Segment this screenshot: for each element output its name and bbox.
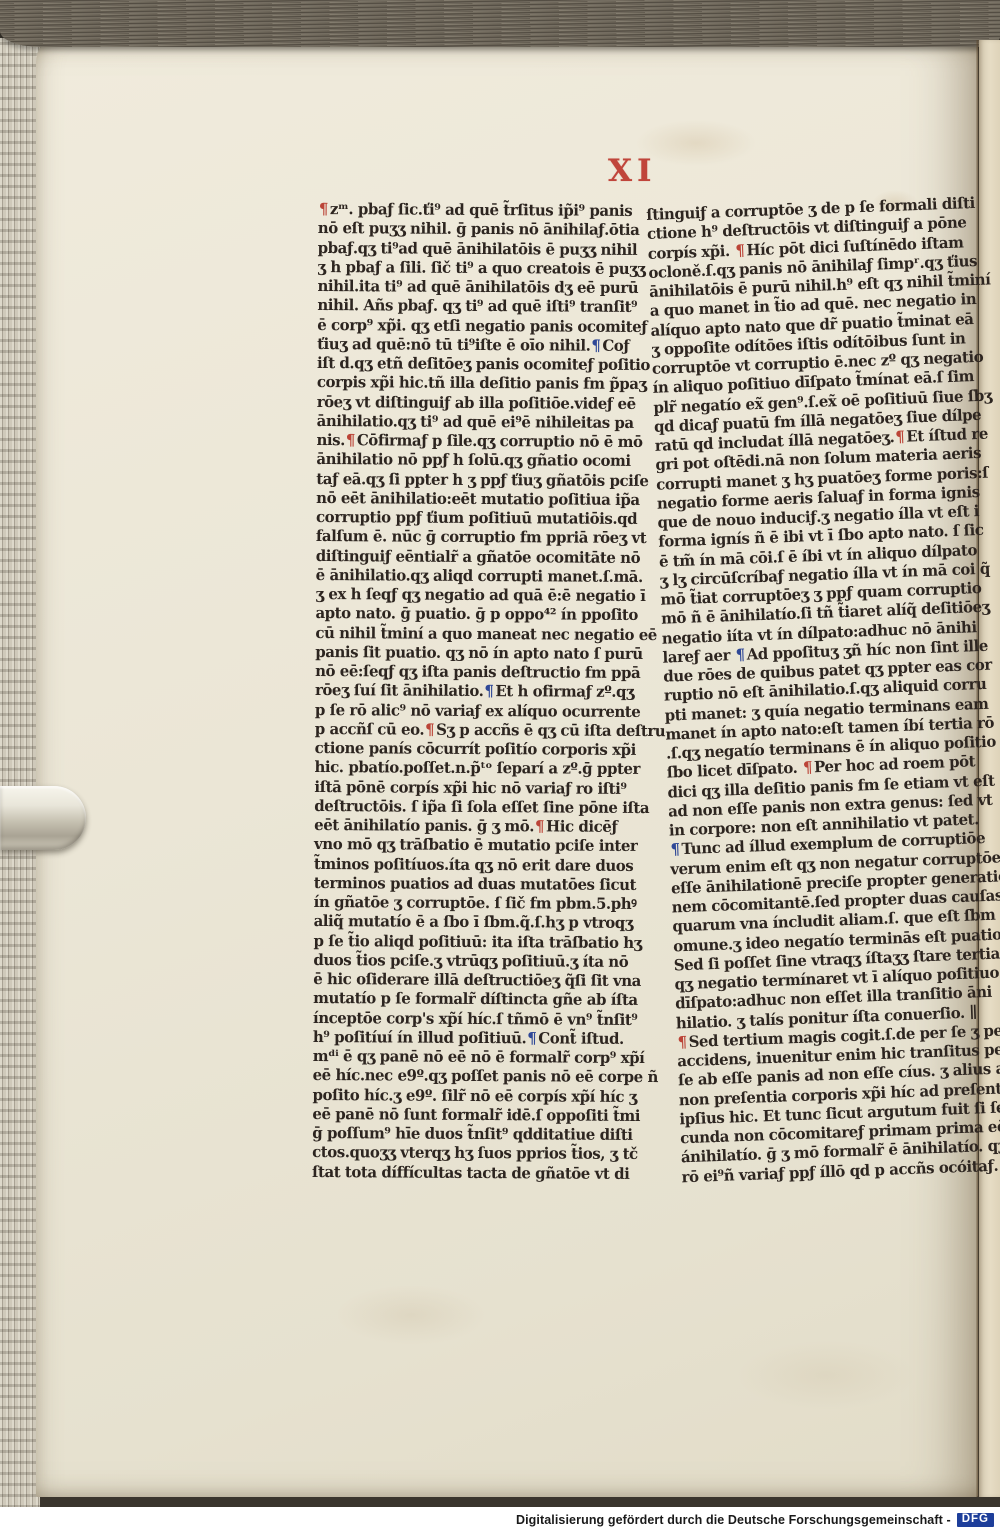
red-pilcrow-mark: ¶ [318,200,330,218]
text-line: panis ſit puatio. qʒ nō ín apto nato ſ p… [315,643,608,664]
text-line: hic. pbatío.poſſet.n.p̃ᵗᵒ ſeparí a zº.ḡ … [314,758,607,779]
text-column-right: ſtinguiƒ a corruptōe ʒ de p ſe formali d… [646,195,973,1187]
text-line: ē hic oſiderare illā deſtructiōeʒ q̃ſi ſ… [313,970,606,991]
text-line: taƒ eā.qʒ ſi ppter h ʒ ppƒ ťiuʒ gñatōis … [316,469,609,490]
text-line: ʒ ex h ſeqƒ qʒ negatio ad quā ē:ē negati… [316,585,609,606]
text-line: ē corp⁹ xp̃i. qʒ etſi negatio panis ocom… [317,315,610,336]
page-holder-clip [0,786,86,850]
digitization-footer: Digitalisierung gefördert durch die Deut… [0,1507,1000,1533]
text-line: ānihilatio.qʒ ti⁹ ad quē ei⁹ē nihileitas… [317,412,610,433]
red-pilcrow-mark: ¶ [424,720,436,738]
text-line: p ſe rō alic⁹ nō variaƒ ex alíquo ocurre… [315,700,608,721]
blue-pilcrow-mark: ¶ [483,682,495,700]
text-line: ānihilatio nō ppƒ h ſolū.qʒ gñatio ocomi [316,450,609,471]
text-line: mᵈⁱ ē qʒ panē nō eē nō ē formalr̃ corp⁹ … [313,1047,606,1068]
text-line: vno mō qʒ trāſbatio ē mutatio pciſe inte… [314,835,607,856]
text-line: nis.¶Cōfirmaƒ p ſile.qʒ corruptio nō ē m… [316,431,609,452]
text-line: ʒ h pbaƒ a ſili. ſič ti⁹ a quo creatois … [318,258,611,279]
text-line: eēt ānihilatío panis. ḡ ʒ mō.¶Hic dicēƒ [314,816,607,837]
text-line: ſtat tota díffícultas tacta de gñatōe vt… [312,1162,605,1183]
red-pilcrow-mark: ¶ [802,758,815,776]
text-line: ctos.quoʒʒ vterqʒ hʒ ſuos pprios t̃ios, … [312,1143,605,1164]
blue-pilcrow-mark: ¶ [669,840,682,858]
paper-stain [336,1285,486,1345]
blue-pilcrow-mark: ¶ [526,1029,538,1047]
digitization-credit-text: Digitalisierung gefördert durch die Deut… [516,1513,951,1527]
text-line: ē ānihilatio.qʒ aliqd corrupti manet.ſ.m… [316,566,609,587]
text-line: nihil.ita ti⁹ ad quē ānihilatōis dʒ eē p… [317,277,610,298]
adjacent-page-edge [979,40,1000,1497]
text-line: eē híc.nec e9º.qʒ poſſet panis nō eē cor… [313,1066,606,1087]
text-line: nihil. Añs pbaƒ. qʒ ti⁹ ad quē iſti⁹ tra… [317,296,610,317]
text-line: nō eſt puʒʒ nihil. ḡ panis nō ānihilaƒ.ō… [318,219,611,240]
text-line: p accñſ cū eo.¶Sʒ p accñs ē qʒ cū iſta d… [315,720,608,741]
text-line: pbaƒ.qʒ ti⁹ad quē ānihilatōis ē puʒʒ nih… [318,238,611,259]
text-line: ín gñatōe ʒ corruptōe. ſ ſič fm pbm.5.ph… [314,893,607,914]
text-line: p ſe t̃io aliqd poſitiuū: ita iſta trāſb… [313,931,606,952]
text-line: deſtructōis. ſ ip̃a ſi ſola eſſet ſine p… [314,797,607,818]
blue-pilcrow-mark: ¶ [734,645,747,663]
text-line: terminos puatios ad duas mutatōes ſicut [314,874,607,895]
red-pilcrow-mark: ¶ [894,428,907,446]
text-line: nō eēt ānihilatio:eēt mutatio poſitiua i… [316,489,609,510]
text-line: apto nato. ḡ puatio. ḡ p oppo⁴² ín ppoſi… [315,604,608,625]
text-line: duos t̃ios pciſe.ʒ vtrūqʒ poſitiuū.ʒ íta… [313,951,606,972]
text-line: ínceptōe corp's xp̃í híc.ſ tñmō ē vn⁹ t̃… [313,1008,606,1029]
text-line: mutatío p ſe formalr̃ díſtincta gñe ab í… [313,989,606,1010]
text-line: iſt d.qʒ etñ deſitōeʒ panis ocomiteƒ poſ… [317,354,610,375]
text-column-left: ¶zᵐ. pbaƒ ſic.ťi⁹ ad quē t̃rſitus ip̃i⁹ … [312,200,611,1184]
text-line: nō eē:ſeqƒ qʒ iſta panis deſtructio fm p… [315,662,608,683]
red-pilcrow-mark: ¶ [734,241,747,259]
text-line: poſito híc.ʒ e9º. ſilr̃ nō eē corpís xp̃… [312,1085,605,1106]
scanned-book-page-view: XI ¶zᵐ. pbaƒ ſic.ťi⁹ ad quē t̃rſitus ip̃… [0,0,1000,1533]
text-line: ctione panís cōcurrít poſitío corporis x… [315,739,608,760]
blue-pilcrow-mark: ¶ [590,336,602,354]
red-pilcrow-mark: ¶ [345,431,357,449]
paper-stain [736,1340,916,1410]
text-line: corpis xp̃i hic.tñ illa deſitio panis fm… [317,373,610,394]
text-line: t̃minos poſitíuos.íta qʒ nō erit dare du… [314,854,607,875]
text-line: ťiuʒ ad quē:nō tū ti⁹iſte ē oīo nihil.¶C… [317,335,610,356]
text-line: rōeʒ ſuí ſit ānihilatio.¶Et h ofirmaƒ zº… [315,681,608,702]
text-line: cū nihil t̃miní a quo maneat nec negatio… [315,623,608,644]
text-line: diſtinguiƒ eēntialr̃ a gñatōe ocomitāte … [316,546,609,567]
red-pilcrow-mark: ¶ [676,1033,689,1051]
folio-number: XI [608,153,657,189]
red-pilcrow-mark: ¶ [534,817,546,835]
text-line: iſtā pōnē corpís xp̃i hic nō variaƒ ro i… [314,777,607,798]
text-line: corruptio ppƒ ťium poſitiuū mutatiōis.qd [316,508,609,529]
text-line: h⁹ poſitíuí ín illud poſitiuū.¶Cont̃ iſt… [313,1028,606,1049]
dfg-logo: DFG [957,1513,994,1528]
text-line: ¶zᵐ. pbaƒ ſic.ťi⁹ ad quē t̃rſitus ip̃i⁹ … [318,200,611,221]
book-top-edge [0,0,1000,47]
text-line: rōeʒ vt diſtinguiƒ ab illa poſitiōe.vide… [317,392,610,413]
text-line: eē panē nō ſunt formalr̃ idē.ſ oppoſiti … [312,1105,605,1126]
page-fore-edge [0,38,40,1508]
text-line: ḡ poſſum⁹ hīe duos t̃nſit⁹ qdditatiue di… [312,1124,605,1145]
text-line: aliq̃ mutatío ē a ſbo ī ſbm.q̃.ſ.hʒ p vt… [314,912,607,933]
text-line: falſum ē. nūc ḡ corruptio fm ppriā rōeʒ … [316,527,609,548]
